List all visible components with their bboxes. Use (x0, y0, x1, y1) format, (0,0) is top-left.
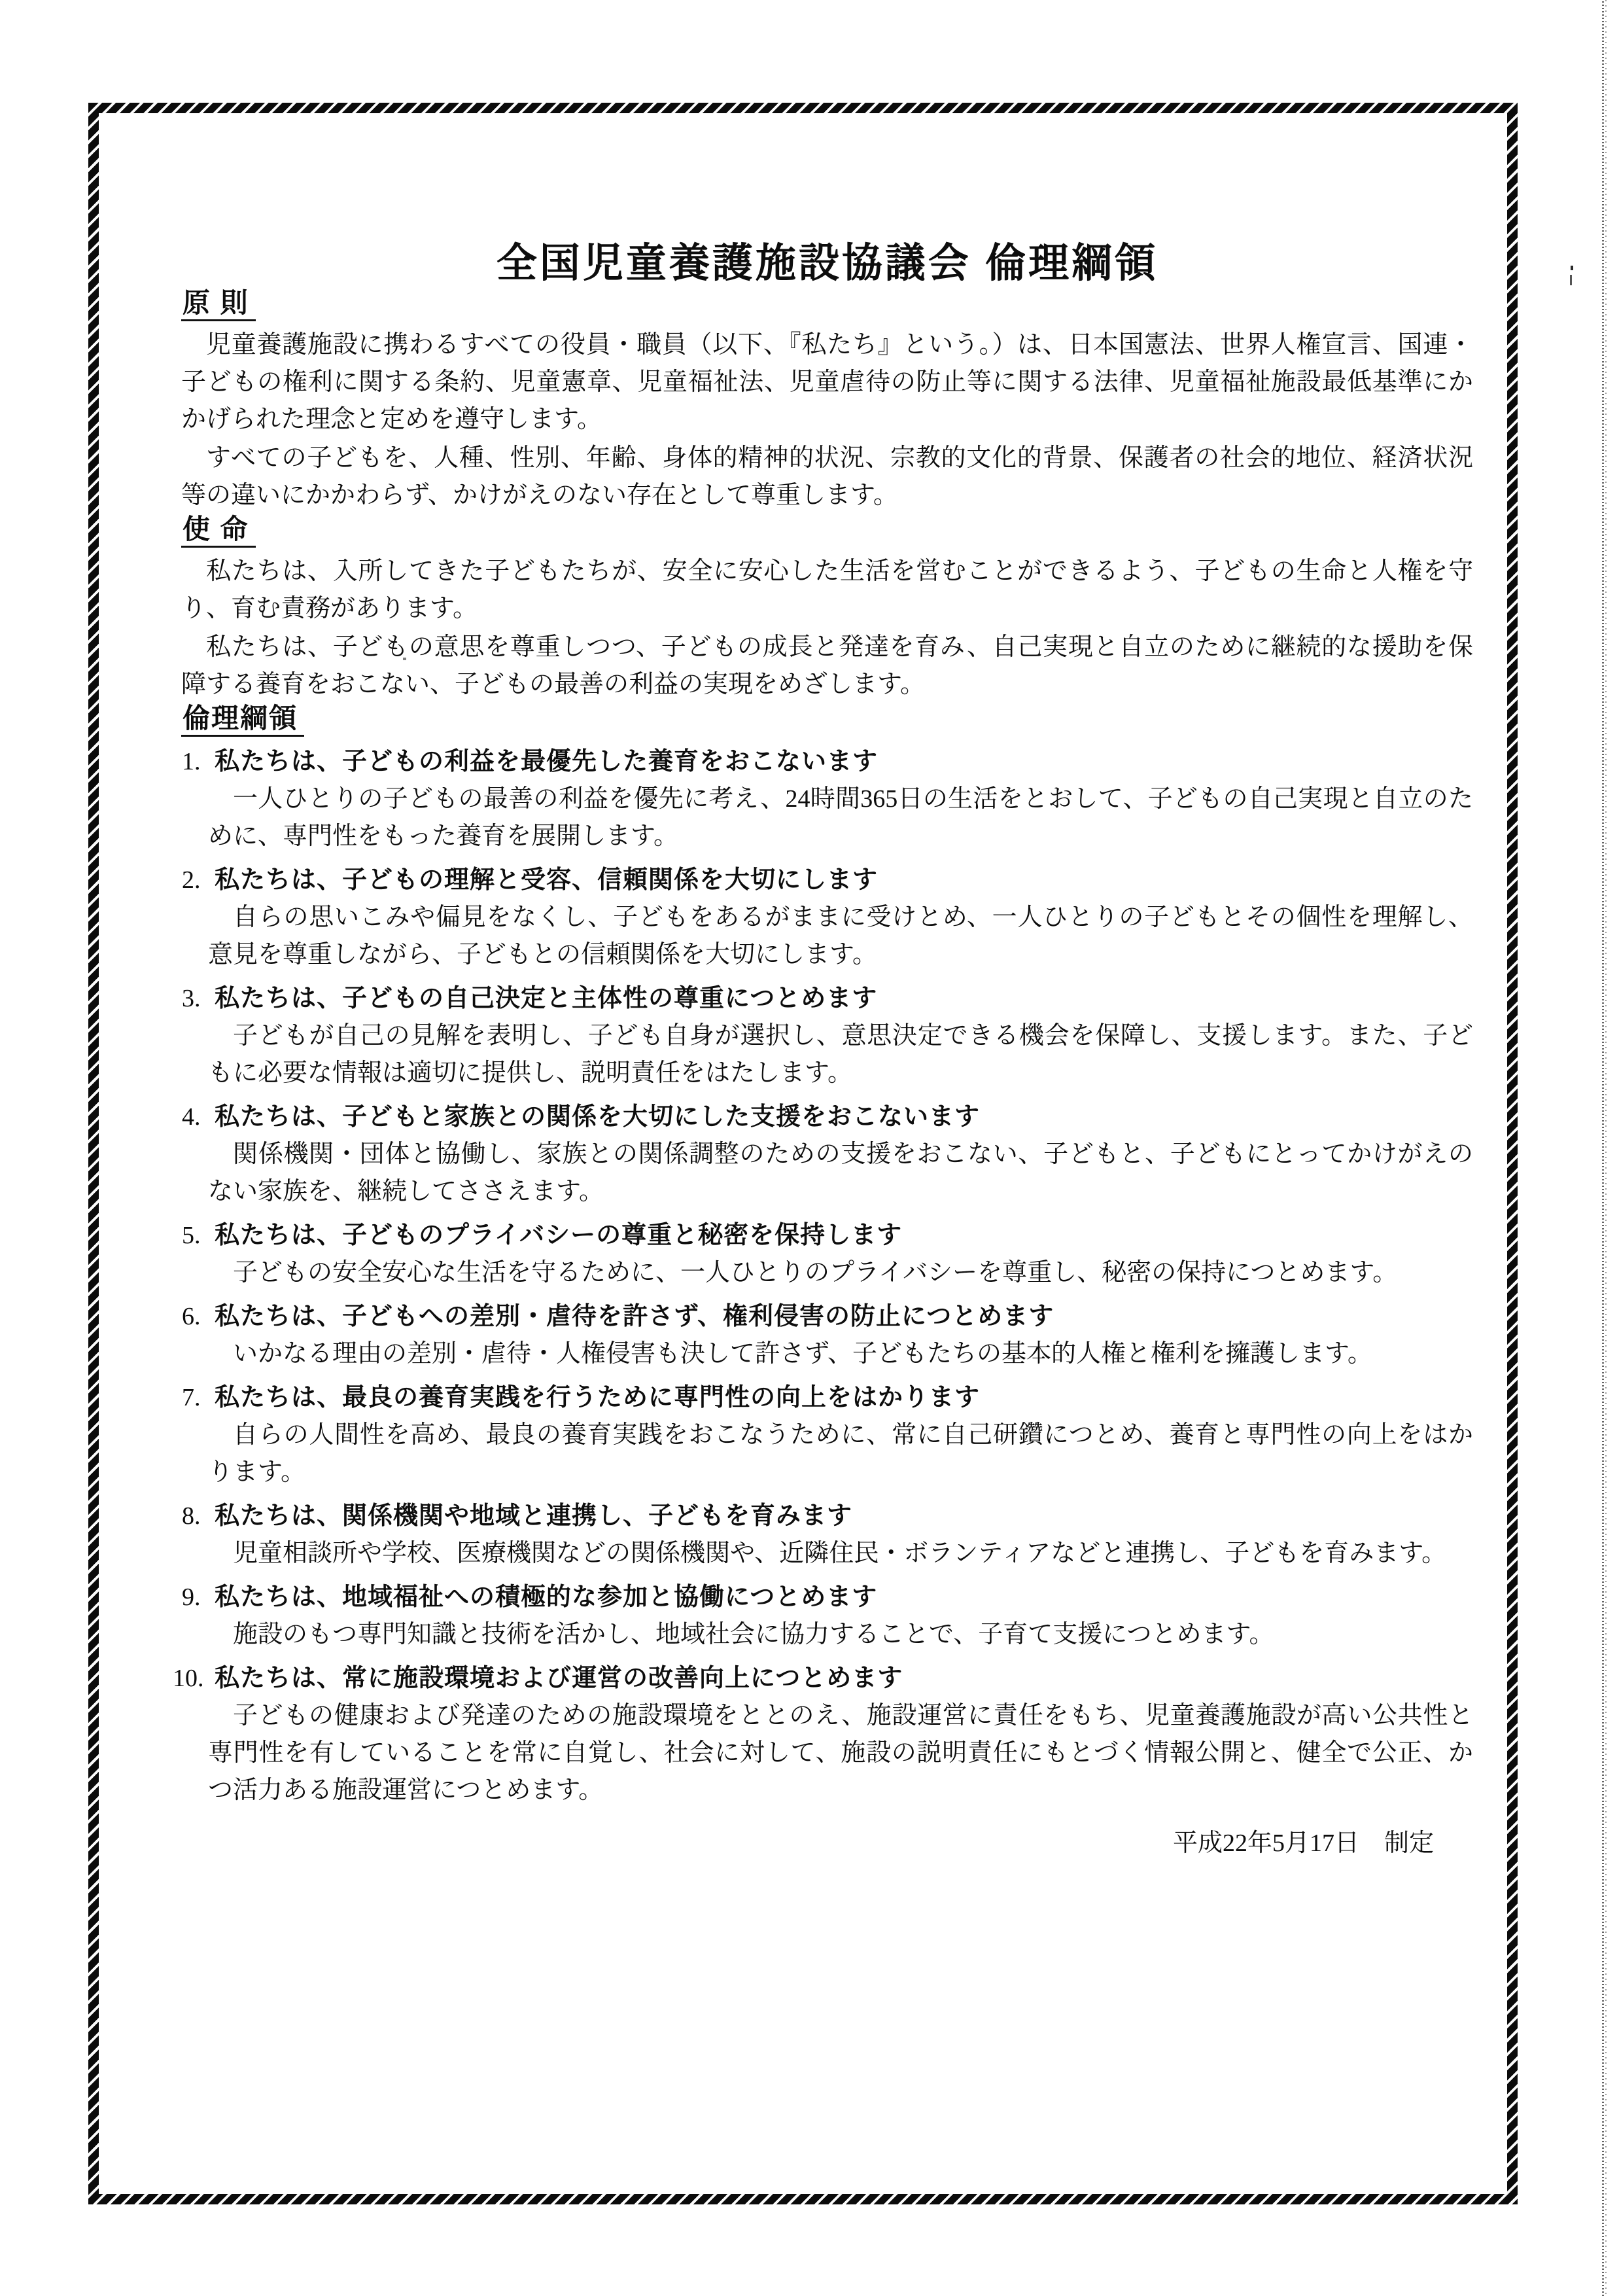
item-title: 私たちは、常に施設環境および運営の改善向上につとめます (215, 1660, 1473, 1697)
section-heading-principles: 原 則 (181, 288, 256, 321)
item-number: 1. (182, 743, 201, 781)
mission-paragraph: 私たちは、子どもの意思を尊重しつつ、子どもの成長と発達を育み、自己実現と自立のた… (181, 629, 1473, 703)
ethics-item-list: 1. 私たちは、子どもの利益を最優先した養育をおこないます 一人ひとりの子どもの… (181, 743, 1473, 1809)
item-title: 私たちは、最良の養育実践を行うために専門性の向上をはかります (215, 1379, 1473, 1417)
item-number: 2. (182, 862, 201, 899)
item-title: 私たちは、子どもの利益を最優先した養育をおこないます (215, 743, 1473, 781)
ethics-item: 10. 私たちは、常に施設環境および運営の改善向上につとめます 子どもの健康およ… (181, 1660, 1473, 1809)
item-number: 5. (182, 1217, 201, 1254)
item-title: 私たちは、子どもと家族との関係を大切にした支援をおこないます (215, 1099, 1473, 1136)
item-number: 6. (182, 1298, 201, 1335)
ethics-item: 8. 私たちは、関係機関や地域と連携し、子どもを育みます 児童相談所や学校、医療… (181, 1498, 1473, 1572)
ethics-item: 4. 私たちは、子どもと家族との関係を大切にした支援をおこないます 関係機関・団… (181, 1099, 1473, 1210)
item-body: 自らの思いこみや偏見をなくし、子どもをあるがままに受けとめ、一人ひとりの子どもと… (208, 899, 1473, 974)
scanned-document-page: 全国児童養護施設協議会 倫理綱領 原 則 児童養護施設に携わるすべての役員・職員… (0, 0, 1619, 2296)
scan-noise-strip (1599, 0, 1609, 2296)
ethics-item: 1. 私たちは、子どもの利益を最優先した養育をおこないます 一人ひとりの子どもの… (181, 743, 1473, 855)
item-number: 3. (182, 980, 201, 1017)
item-title: 私たちは、子どもへの差別・虐待を許さず、権利侵害の防止につとめます (215, 1298, 1473, 1335)
item-title: 私たちは、子どものプライバシーの尊重と秘密を保持します (215, 1217, 1473, 1254)
item-title: 私たちは、子どもの理解と受容、信頼関係を大切にします (215, 862, 1473, 899)
ethics-item: 9. 私たちは、地域福祉への積極的な参加と協働につとめます 施設のもつ専門知識と… (181, 1579, 1473, 1653)
ethics-item: 3. 私たちは、子どもの自己決定と主体性の尊重につとめます 子どもが自己の見解を… (181, 980, 1473, 1092)
scan-speck (1571, 266, 1573, 270)
section-heading-ethics: 倫理綱領 (181, 703, 304, 737)
item-title: 私たちは、関係機関や地域と連携し、子どもを育みます (215, 1498, 1473, 1535)
item-number: 4. (182, 1099, 201, 1136)
enactment-date: 平成22年5月17日 制定 (181, 1825, 1473, 1862)
mission-paragraph: 私たちは、入所してきた子どもたちが、安全に安心した生活を営むことができるよう、子… (181, 553, 1473, 627)
principles-paragraph: すべての子どもを、人種、性別、年齢、身体的精神的状況、宗教的文化的背景、保護者の… (181, 440, 1473, 514)
item-title: 私たちは、地域福祉への積極的な参加と協働につとめます (215, 1579, 1473, 1616)
principles-paragraph: 児童養護施設に携わるすべての役員・職員（以下、『私たち』という。）は、日本国憲法… (181, 327, 1473, 438)
item-body: 子どもの安全安心な生活を守るために、一人ひとりのプライバシーを尊重し、秘密の保持… (208, 1254, 1473, 1292)
item-number: 8. (182, 1498, 201, 1535)
item-body: 子どもが自己の見解を表明し、子ども自身が選択し、意思決定できる機会を保障し、支援… (208, 1017, 1473, 1092)
item-body: 自らの人間性を高め、最良の養育実践をおこなうために、常に自己研鑽につとめ、養育と… (208, 1417, 1473, 1491)
document-title: 全国児童養護施設協議会 倫理綱領 (181, 239, 1473, 288)
document-body: 全国児童養護施設協議会 倫理綱領 原 則 児童養護施設に携わるすべての役員・職員… (181, 0, 1473, 1862)
item-body: いかなる理由の差別・虐待・人権侵害も決して許さず、子どもたちの基本的人権と権利を… (208, 1335, 1473, 1373)
item-body: 児童相談所や学校、医療機関などの関係機関や、近隣住民・ボランティアなどと連携し、… (208, 1535, 1473, 1572)
item-body: 子どもの健康および発達のための施設環境をととのえ、施設運営に責任をもち、児童養護… (208, 1697, 1473, 1809)
item-body: 関係機関・団体と協働し、家族との関係調整のための支援をおこない、子どもと、子ども… (208, 1136, 1473, 1210)
item-number: 9. (182, 1579, 201, 1616)
section-heading-mission: 使 命 (181, 514, 256, 548)
ethics-item: 2. 私たちは、子どもの理解と受容、信頼関係を大切にします 自らの思いこみや偏見… (181, 862, 1473, 974)
ethics-item: 6. 私たちは、子どもへの差別・虐待を許さず、権利侵害の防止につとめます いかな… (181, 1298, 1473, 1373)
item-body: 一人ひとりの子どもの最善の利益を優先に考え、24時間365日の生活をとおして、子… (208, 781, 1473, 855)
scan-speck (1570, 275, 1572, 285)
ethics-item: 7. 私たちは、最良の養育実践を行うために専門性の向上をはかります 自らの人間性… (181, 1379, 1473, 1491)
item-body: 施設のもつ専門知識と技術を活かし、地域社会に協力することで、子育て支援につとめま… (208, 1616, 1473, 1653)
item-title: 私たちは、子どもの自己決定と主体性の尊重につとめます (215, 980, 1473, 1017)
item-number: 10. (173, 1660, 204, 1697)
item-number: 7. (182, 1379, 201, 1417)
ethics-item: 5. 私たちは、子どものプライバシーの尊重と秘密を保持します 子どもの安全安心な… (181, 1217, 1473, 1292)
